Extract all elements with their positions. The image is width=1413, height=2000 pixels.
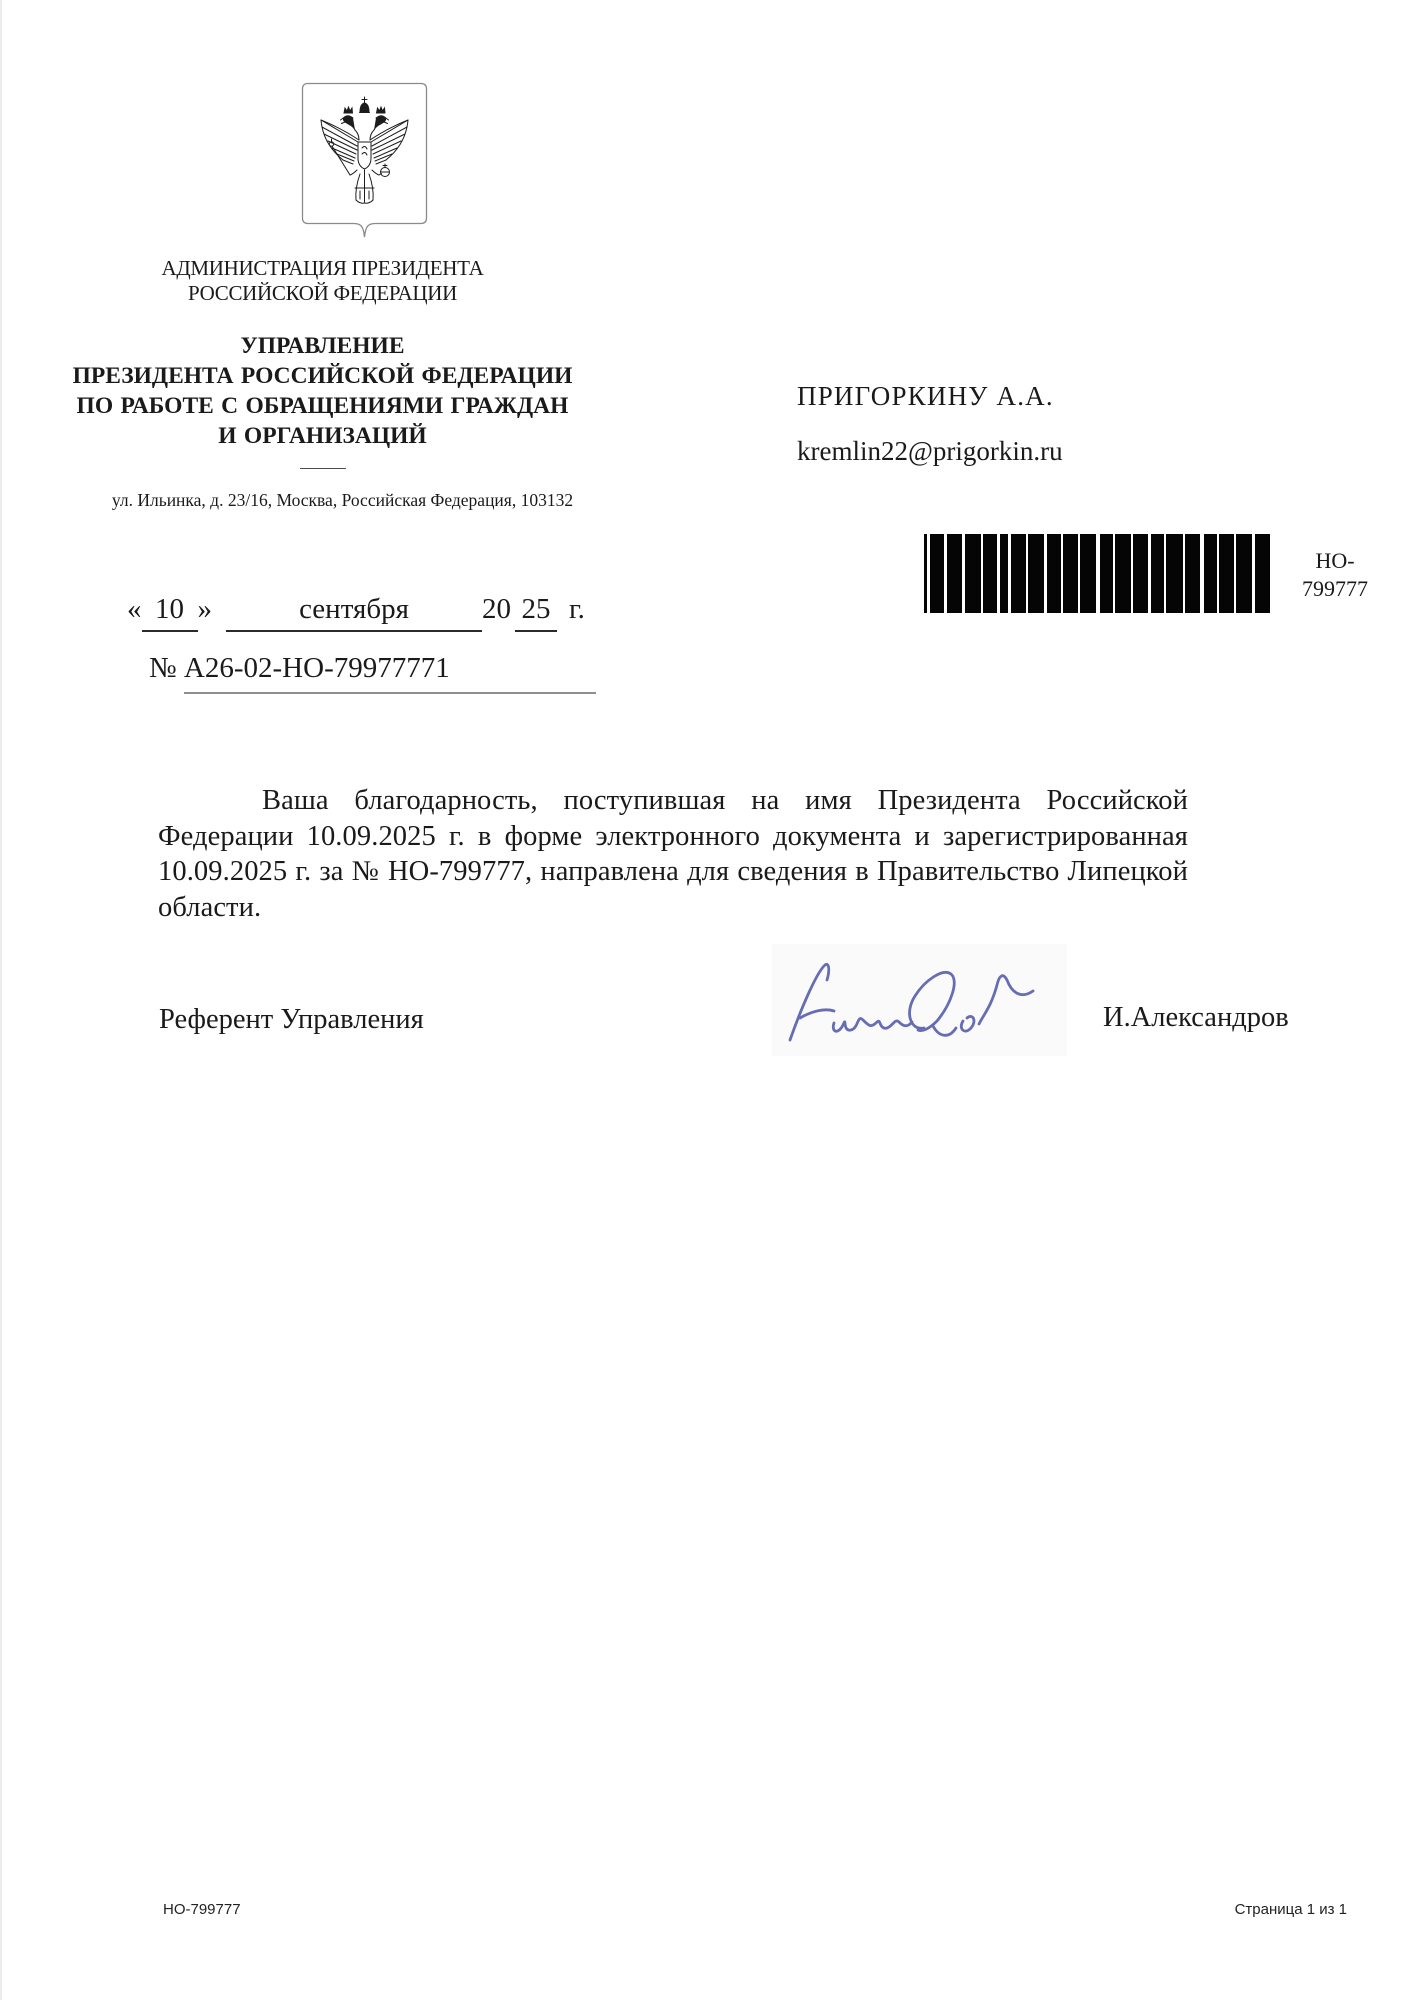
barcode-bar bbox=[1047, 534, 1061, 613]
letter-page: АДМИНИСТРАЦИЯ ПРЕЗИДЕНТА РОССИЙСКОЙ ФЕДЕ… bbox=[0, 0, 1413, 2000]
department-line3: ПО РАБОТЕ С ОБРАЩЕНИЯМИ ГРАЖДАН bbox=[60, 391, 585, 421]
department-line4: И ОРГАНИЗАЦИЙ bbox=[60, 421, 585, 451]
recipient-email: kremlin22@prigorkin.ru bbox=[797, 436, 1063, 467]
barcode-label-line2: 799777 bbox=[1293, 575, 1377, 603]
barcode-bar bbox=[1151, 534, 1164, 613]
footer-page-info: Страница 1 из 1 bbox=[1235, 1901, 1347, 1918]
org-name: АДМИНИСТРАЦИЯ ПРЕЗИДЕНТА РОССИЙСКОЙ ФЕДЕ… bbox=[90, 256, 555, 306]
barcode-bar bbox=[1000, 534, 1008, 613]
department-line1: УПРАВЛЕНИЕ bbox=[60, 331, 585, 361]
date-suffix: г. bbox=[569, 593, 585, 625]
number-sign: № bbox=[149, 652, 177, 684]
barcode-bar bbox=[1115, 534, 1131, 613]
barcode-bar bbox=[947, 534, 962, 613]
date-close-quote: » bbox=[198, 593, 213, 625]
barcode-bar bbox=[1185, 534, 1200, 613]
barcode-bar bbox=[1063, 534, 1078, 613]
date-century: 20 bbox=[482, 593, 511, 625]
handwritten-signature bbox=[772, 944, 1067, 1056]
barcode-bar bbox=[1166, 534, 1183, 613]
barcode-bar bbox=[1255, 534, 1270, 613]
barcode-bar bbox=[1133, 534, 1148, 613]
org-name-line2: РОССИЙСКОЙ ФЕДЕРАЦИИ bbox=[90, 281, 555, 306]
date-year: 25 bbox=[515, 593, 557, 632]
barcode-bar bbox=[1011, 534, 1026, 613]
date-open-quote: « bbox=[127, 593, 142, 625]
signature-strokes bbox=[790, 964, 1033, 1040]
barcode-bar bbox=[1204, 534, 1217, 613]
barcode-bar bbox=[1219, 534, 1234, 613]
barcode-bar bbox=[983, 534, 997, 613]
recipient-name: ПРИГОРКИНУ А.А. bbox=[797, 381, 1054, 412]
letterhead-divider bbox=[300, 468, 346, 469]
barcode-label: НО- 799777 bbox=[1293, 547, 1377, 603]
reference-number-line: № А26-02-НО-79977771 bbox=[149, 652, 596, 694]
barcode-bar bbox=[1080, 534, 1096, 613]
department-line2: ПРЕЗИДЕНТА РОССИЙСКОЙ ФЕДЕРАЦИИ bbox=[60, 361, 585, 391]
sender-address: ул. Ильинка, д. 23/16, Москва, Российска… bbox=[70, 490, 615, 511]
barcode-bar bbox=[930, 534, 944, 613]
body-paragraph: Ваша благодарность, поступившая на имя П… bbox=[158, 783, 1188, 925]
barcode-bar bbox=[1028, 534, 1044, 613]
signer-title: Референт Управления bbox=[159, 1004, 424, 1036]
barcode-bar bbox=[965, 534, 981, 613]
date-month: сентября bbox=[226, 593, 482, 632]
footer-doc-number: НО-799777 bbox=[163, 1901, 241, 1918]
barcode-label-line1: НО- bbox=[1293, 547, 1377, 575]
department-name: УПРАВЛЕНИЕ ПРЕЗИДЕНТА РОССИЙСКОЙ ФЕДЕРАЦ… bbox=[60, 331, 585, 451]
barcode bbox=[924, 534, 1270, 613]
reference-number: А26-02-НО-79977771 bbox=[184, 652, 596, 694]
russian-coat-of-arms-icon bbox=[301, 82, 428, 244]
date-day: 10 bbox=[142, 593, 198, 632]
org-name-line1: АДМИНИСТРАЦИЯ ПРЕЗИДЕНТА bbox=[90, 256, 555, 281]
barcode-bar bbox=[1100, 534, 1113, 613]
double-headed-eagle bbox=[321, 97, 408, 203]
signer-name: И.Александров bbox=[1103, 1002, 1289, 1034]
barcode-bar bbox=[1236, 534, 1252, 613]
date-line: « 10 » сентября 20 25 г. bbox=[127, 593, 585, 632]
